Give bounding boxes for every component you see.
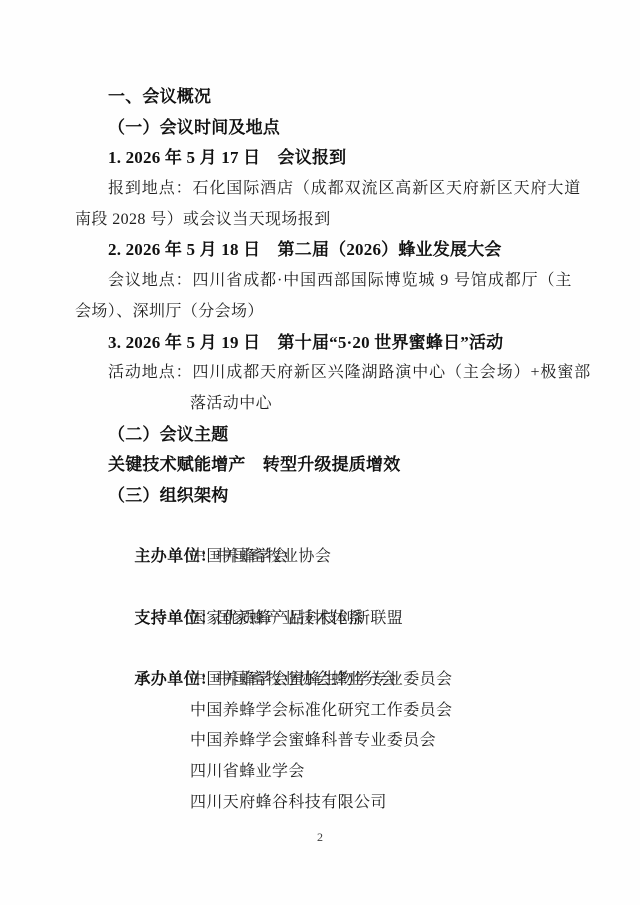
schedule-item-2-title: 2. 2026 年 5 月 18 日 第二届（2026）蜂业发展大会 [75, 235, 567, 266]
organizer-line-3: 中国养蜂学会标准化研究工作委员会 [75, 696, 567, 727]
schedule-item-1-title: 1. 2026 年 5 月 17 日 会议报到 [75, 143, 567, 174]
subsection-heading-time-place: （一）会议时间及地点 [75, 113, 567, 144]
meeting-location-line-2: 会场）、深圳厅（分会场） [75, 297, 567, 328]
host-org-line: 主办单位：中国畜牧业协会 [75, 512, 567, 543]
checkin-location-line-1: 报到地点：石化国际酒店（成都双流区高新区天府新区天府大道 [75, 174, 567, 205]
activity-location-line-2: 落活动中心 [75, 389, 567, 420]
meeting-location-line-1: 会议地点：四川省成都·中国西部国际博览城 9 号馆成都厅（主 [75, 266, 567, 297]
page-number: 2 [0, 829, 640, 845]
document-page: 一、会议概况 （一）会议时间及地点 1. 2026 年 5 月 17 日 会议报… [0, 0, 640, 905]
schedule-item-3-title: 3. 2026 年 5 月 19 日 第十届“5·20 世界蜜蜂日”活动 [75, 328, 567, 359]
support-org-line: 支持单位：国家蜂产业技术体系 [75, 573, 567, 604]
organizer-line-6: 四川天府蜂谷科技有限公司 [75, 788, 567, 819]
document-body: 一、会议概况 （一）会议时间及地点 1. 2026 年 5 月 17 日 会议报… [75, 82, 567, 819]
organizer-line-5: 四川省蜂业学会 [75, 757, 567, 788]
organizer-line: 承办单位：中国畜牧业协会蜂业分会 [75, 634, 567, 665]
checkin-location-line-2: 南段 2028 号）或会议当天现场报到 [75, 205, 567, 236]
activity-location-line-1: 活动地点：四川成都天府新区兴隆湖路演中心（主会场）+极蜜部 [75, 358, 567, 389]
subsection-heading-orgs: （三）组织架构 [75, 481, 567, 512]
organizer-line-4: 中国养蜂学会蜜蜂科普专业委员会 [75, 726, 567, 757]
conference-theme: 关键技术赋能增产 转型升级提质增效 [75, 450, 567, 481]
section-heading-overview: 一、会议概况 [75, 82, 567, 113]
subsection-heading-theme: （二）会议主题 [75, 420, 567, 451]
